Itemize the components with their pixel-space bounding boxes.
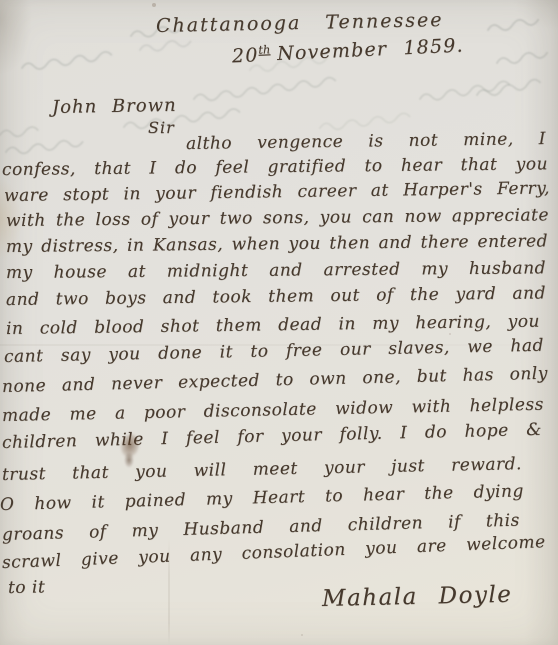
signature: Mahala Doyle (322, 582, 513, 612)
body-line: my distress, in Kansas, when you then an… (6, 231, 548, 257)
salutation: Sir (148, 118, 175, 137)
body-line: and two boys and took them out of the ya… (6, 283, 546, 310)
body-line: none and never expected to own one, but … (2, 364, 548, 397)
body-line: in cold blood shot them dead in my heari… (6, 312, 540, 339)
date-ordinal: th (258, 42, 271, 57)
body-line: my house at midnight and arrested my hus… (6, 258, 546, 283)
date-line: 20thNovember 1859. (231, 33, 464, 67)
scanned-letter-page: Chattanooga Tennessee 20thNovember 1859.… (0, 0, 558, 645)
body-line: O how it pained my Heart to hear the dyi… (0, 481, 524, 515)
body-line: altho vengence is not mine, I (186, 129, 546, 154)
body-line: children while I feel for your folly. I … (2, 420, 542, 453)
place-line: Chattanooga Tennessee (156, 9, 444, 37)
date-rest: November 1859. (277, 35, 465, 65)
body-line: to it (8, 577, 46, 598)
ink-smudge-core (124, 452, 134, 468)
body-line: with the loss of your two sons, you can … (6, 205, 549, 231)
body-line: cant say you done it to free our slaves,… (4, 336, 544, 367)
body-line: trust that you will meet your just rewar… (2, 454, 522, 485)
body-line: confess, that I do feel gratified to hea… (2, 154, 548, 180)
body-line: ware stopt in your fiendish career at Ha… (4, 178, 550, 206)
recipient-name: John Brown (52, 95, 177, 118)
paper-specks (0, 0, 2, 2)
date-day: 20 (232, 44, 260, 67)
